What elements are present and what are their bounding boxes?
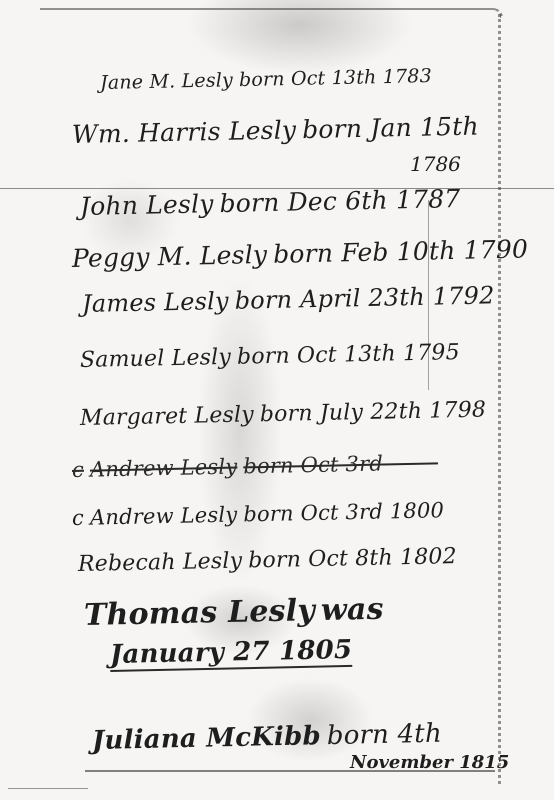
entry-name: Samuel Lesly — [80, 345, 232, 373]
entry-name: John Lesly — [80, 189, 214, 221]
entry-name: Andrew Lesly — [90, 455, 238, 482]
entry-prefix: c — [72, 506, 84, 530]
register-entry: Margaret Leslyborn July 22th 1798 — [80, 397, 487, 431]
entry-name: Peggy M. Lesly — [72, 240, 268, 273]
register-entry: John Leslyborn Dec 6th 1787 — [80, 184, 461, 221]
paper-top-edge — [40, 8, 503, 18]
entry-name: Jane M. Lesly — [100, 69, 233, 94]
register-entry: cAndrew Leslyborn Oct 3rd 1800 — [72, 498, 445, 530]
register-entry: James Leslyborn April 23th 1792 — [82, 281, 495, 318]
entry-birth: born July 22th 1798 — [260, 397, 487, 427]
scanned-page: Jane M. Leslyborn Oct 13th 1783 Wm. Harr… — [0, 0, 554, 800]
entry-birth: born April 23th 1792 — [234, 281, 494, 314]
entry-continuation: January 27 1805 — [110, 635, 353, 670]
entry-date: January 27 1805 — [110, 635, 353, 672]
entry-name: Andrew Lesly — [90, 503, 238, 530]
register-entry: Thomas Leslywas — [84, 592, 384, 633]
entry-birth: born Oct 3rd 1800 — [243, 498, 444, 526]
entry-name: Rebecah Lesly — [78, 549, 243, 577]
register-entry: Wm. Harris Leslyborn Jan 15th — [72, 111, 479, 149]
register-entry: Peggy M. Leslyborn Feb 10th 1790 — [72, 234, 529, 273]
entry-name: Wm. Harris Lesly — [72, 115, 297, 149]
bottom-rule — [85, 770, 495, 772]
entry-name: James Lesly — [82, 287, 229, 318]
entry-birth: born Jan 15th — [302, 111, 479, 144]
entry-name: Thomas Lesly — [84, 593, 316, 633]
entry-birth: born Feb 10th 1790 — [273, 234, 528, 268]
entry-prefix: c — [72, 458, 84, 482]
entry-birth: born Oct 13th 1795 — [237, 340, 460, 370]
entry-birth: born Oct 13th 1783 — [239, 65, 432, 91]
entry-birth: born Dec 6th 1787 — [219, 184, 460, 218]
bottom-rule-short — [8, 788, 88, 789]
register-entry-struck: cAndrew Leslyborn Oct 3rd — [72, 450, 438, 482]
entry-birth: born 4th — [326, 719, 442, 751]
entry-name: Margaret Lesly — [80, 402, 254, 431]
entry-birth: was — [321, 592, 384, 628]
register-entry: Juliana McKibbborn 4th — [92, 719, 442, 756]
entry-birth: born Oct 3rd — [243, 451, 383, 478]
entry-continuation: 1786 — [410, 152, 461, 176]
entry-name: Juliana McKibb — [92, 721, 321, 756]
entry-birth: born Oct 8th 1802 — [248, 544, 457, 573]
register-entry: Rebecah Leslyborn Oct 8th 1802 — [78, 544, 457, 577]
register-entry: Jane M. Leslyborn Oct 13th 1783 — [100, 65, 432, 94]
register-entry: Samuel Leslyborn Oct 13th 1795 — [80, 340, 460, 373]
paper-right-edge — [498, 14, 501, 784]
